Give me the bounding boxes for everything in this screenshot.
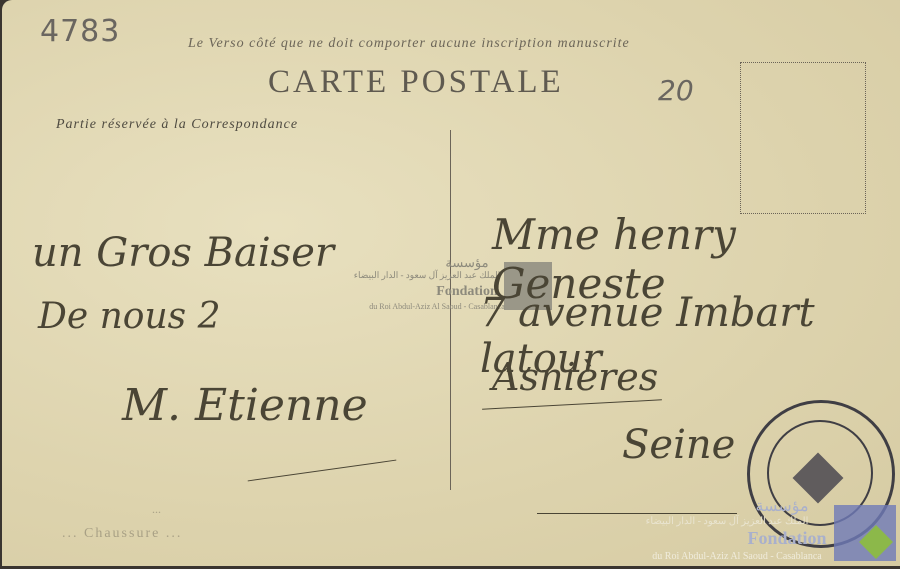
corner-title: Fondation <box>732 528 842 549</box>
card-title: CARTE POSTALE <box>268 64 564 101</box>
price-note: 20 <box>658 74 694 107</box>
signature-flourish <box>248 460 397 482</box>
address-underline <box>482 399 662 409</box>
corner-arabic-1: مؤسسة <box>732 496 832 516</box>
address-line-4: Seine <box>622 422 735 468</box>
address-underline-2 <box>537 513 737 514</box>
archive-number: 4783 <box>40 14 120 49</box>
corner-arabic-2: الملك عبد العزيز آل سعود - الدار البيضاء <box>622 516 832 527</box>
faded-line-2: ... Chaussure ... <box>62 526 182 542</box>
corner-logo-blue <box>834 505 896 561</box>
postcard: 4783 Le Verso côté que ne doit comporter… <box>2 0 900 566</box>
corner-subtitle: du Roi Abdul-Aziz Al Saoud - Casablanca <box>632 551 842 562</box>
address-line-3: Asnières <box>492 355 658 399</box>
signature: M. Etienne <box>122 380 368 431</box>
stamp-area <box>740 62 866 214</box>
correspondence-label: Partie réservée à la Correspondance <box>56 117 298 133</box>
watermark-arabic-2: الملك عبد العزيز آل سعود - الدار البيضاء <box>342 270 512 281</box>
message-line-1: un Gros Baiser <box>32 230 334 276</box>
message-line-2: De nous 2 <box>38 296 220 337</box>
printed-notice: Le Verso côté que ne doit comporter aucu… <box>188 36 630 52</box>
faded-line-1: ... <box>152 502 161 517</box>
